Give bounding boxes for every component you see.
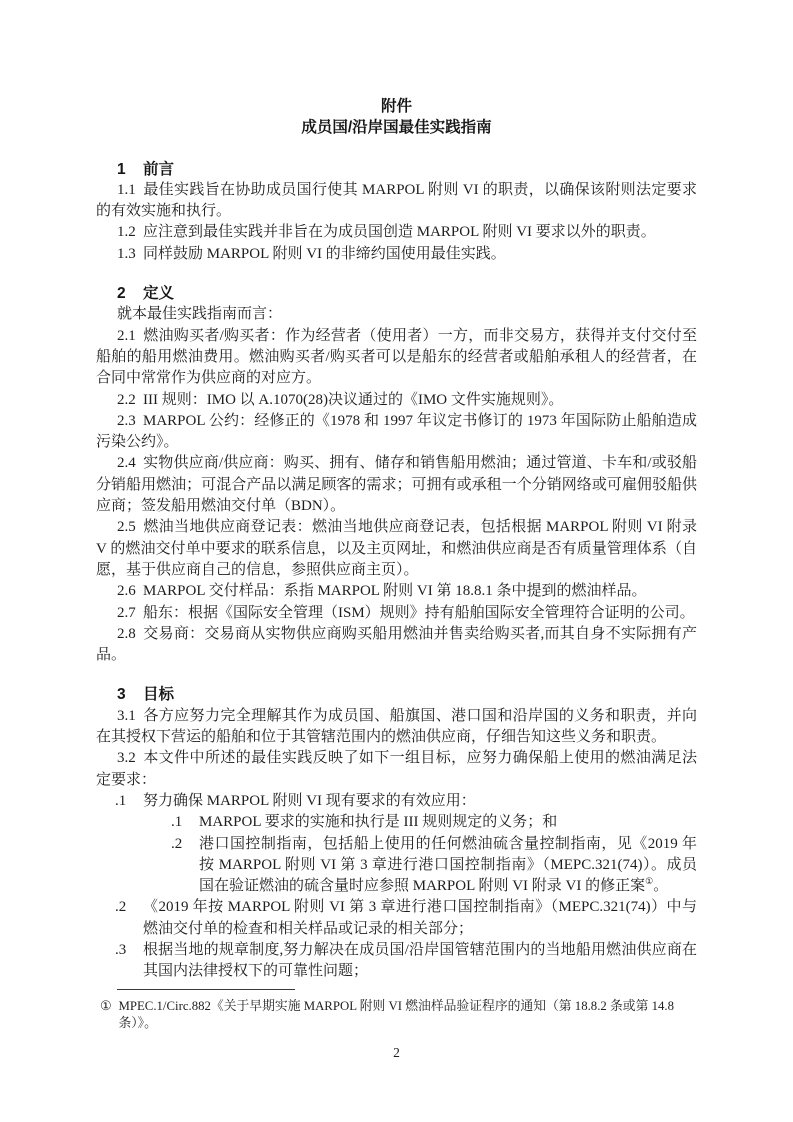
document-page: 附件 成员国/沿岸国最佳实践指南 1前言 1.1最佳实践旨在协助成员国行使其 M… — [0, 0, 793, 1122]
list-item-text: 港口国控制指南，包括船上使用的任何燃油硫含量控制指南，见《2019 年按 MAR… — [199, 834, 697, 898]
attachment-label: 附件 — [96, 96, 697, 117]
list-marker: .1 — [171, 812, 199, 833]
para-number: 2.8 — [117, 624, 143, 645]
para-number: 3.2 — [117, 748, 143, 769]
para-2-5: 2.5燃油当地供应商登记表：燃油当地供应商登记表，包括根据 MARPOL 附则 … — [96, 517, 697, 581]
para-2-1: 2.1燃油购买者/购买者：作为经营者（使用者）一方，而非交易方，获得并支付交付至… — [96, 326, 697, 390]
para-text: 燃油当地供应商登记表：燃油当地供应商登记表，包括根据 MARPOL 附则 VI … — [96, 519, 697, 578]
section-2-number: 2 — [117, 283, 143, 304]
para-text: 各方应努力完全理解其作为成员国、船旗国、港口国和沿岸国的义务和职责，并向在其授权… — [96, 708, 697, 745]
para-1-2: 1.2应注意到最佳实践并非旨在为成员国创造 MARPOL 附则 VI 要求以外的… — [96, 222, 697, 243]
para-text: 船东：根据《国际安全管理（ISM）规则》持有船舶国际安全管理符合证明的公司。 — [143, 605, 695, 621]
section-1-heading: 1前言 — [117, 159, 697, 180]
list-marker: .1 — [115, 791, 143, 812]
para-1-3: 1.3同样鼓励 MARPOL 附则 VI 的非缔约国使用最佳实践。 — [96, 244, 697, 265]
para-2-7: 2.7船东：根据《国际安全管理（ISM）规则》持有船舶国际安全管理符合证明的公司… — [96, 603, 697, 624]
footnote-divider — [117, 989, 295, 990]
list-item-1-2: .2港口国控制指南，包括船上使用的任何燃油硫含量控制指南，见《2019 年按 M… — [171, 834, 697, 898]
para-2-2: 2.2III 规则：IMO 以 A.1070(28)决议通过的《IMO 文件实施… — [96, 390, 697, 411]
list-item-text: 根据当地的规章制度,努力解决在成员国/沿岸国管辖范围内的当地船用燃油供应商在其国… — [143, 940, 697, 983]
footnote: ①MPEC.1/Circ.882《关于早期实施 MARPOL 附则 VI 燃油样… — [100, 998, 697, 1032]
list-marker: .3 — [115, 940, 143, 983]
para-number: 2.4 — [117, 453, 143, 474]
para-text: MARPOL 公约：经修正的《1978 和 1997 年议定书修订的 1973 … — [96, 413, 697, 450]
para-number: 2.6 — [117, 581, 143, 602]
para-number: 2.5 — [117, 517, 143, 538]
para-number: 1.1 — [117, 180, 143, 201]
list-marker: .2 — [171, 834, 199, 898]
document-content: 附件 成员国/沿岸国最佳实践指南 1前言 1.1最佳实践旨在协助成员国行使其 M… — [96, 96, 697, 1061]
para-2-8: 2.8交易商：交易商从实物供应商购买船用燃油并售卖给购买者,而其自身不实际拥有产… — [96, 624, 697, 667]
para-number: 3.1 — [117, 706, 143, 727]
footnote-marker: ① — [100, 998, 111, 1032]
list-item-1-1: .1MARPOL 要求的实施和执行是 III 规则规定的义务；和 — [171, 812, 697, 833]
para-number: 2.3 — [117, 411, 143, 432]
para-number: 1.3 — [117, 244, 143, 265]
section-3-heading: 3目标 — [117, 684, 697, 705]
document-title: 成员国/沿岸国最佳实践指南 — [96, 117, 697, 138]
section-3-title: 目标 — [143, 686, 174, 703]
list-item-text: 《2019 年按 MARPOL 附则 VI 第 3 章进行港口国控制指南》（ME… — [143, 897, 697, 940]
list-item-3: .3根据当地的规章制度,努力解决在成员国/沿岸国管辖范围内的当地船用燃油供应商在… — [115, 940, 697, 983]
para-text: 实物供应商/供应商：购买、拥有、储存和销售船用燃油；通过管道、卡车和/或驳船分销… — [96, 455, 697, 514]
para-text: 燃油购买者/购买者：作为经营者（使用者）一方，而非交易方，获得并支付交付至船舶的… — [96, 328, 697, 387]
para-3-1: 3.1各方应努力完全理解其作为成员国、船旗国、港口国和沿岸国的义务和职责，并向在… — [96, 706, 697, 749]
list-item-text-body: 港口国控制指南，包括船上使用的任何燃油硫含量控制指南，见《2019 年按 MAR… — [199, 836, 697, 895]
section-2-intro: 就本最佳实践指南而言： — [96, 304, 697, 325]
list-marker: .2 — [115, 897, 143, 940]
section-2-title: 定义 — [143, 285, 174, 302]
para-3-2: 3.2本文件中所述的最佳实践反映了如下一组目标，应努力确保船上使用的燃油满足法定… — [96, 748, 697, 791]
para-2-3: 2.3MARPOL 公约：经修正的《1978 和 1997 年议定书修订的 19… — [96, 411, 697, 454]
section-1-number: 1 — [117, 159, 143, 180]
list-item-text-tail: 。 — [653, 878, 668, 894]
footnote-ref: ① — [645, 876, 653, 886]
para-1-1: 1.1最佳实践旨在协助成员国行使其 MARPOL 附则 VI 的职责，以确保该附… — [96, 180, 697, 223]
para-text: MARPOL 交付样品：系指 MARPOL 附则 VI 第 18.8.1 条中提… — [143, 583, 647, 599]
para-number: 1.2 — [117, 222, 143, 243]
para-2-4: 2.4实物供应商/供应商：购买、拥有、储存和销售船用燃油；通过管道、卡车和/或驳… — [96, 453, 697, 517]
para-text: 本文件中所述的最佳实践反映了如下一组目标，应努力确保船上使用的燃油满足法定要求： — [96, 750, 697, 787]
footnote-text: MPEC.1/Circ.882《关于早期实施 MARPOL 附则 VI 燃油样品… — [118, 998, 697, 1032]
para-text: 同样鼓励 MARPOL 附则 VI 的非缔约国使用最佳实践。 — [143, 246, 506, 262]
para-number: 2.1 — [117, 326, 143, 347]
list-item-text: 努力确保 MARPOL 附则 VI 现有要求的有效应用： — [143, 791, 697, 812]
section-3-number: 3 — [117, 684, 143, 705]
section-1-title: 前言 — [143, 161, 174, 178]
para-text: 交易商：交易商从实物供应商购买船用燃油并售卖给购买者,而其自身不实际拥有产品。 — [96, 626, 697, 663]
list-item-1: .1努力确保 MARPOL 附则 VI 现有要求的有效应用： — [115, 791, 697, 812]
para-number: 2.7 — [117, 603, 143, 624]
para-number: 2.2 — [117, 390, 143, 411]
para-text: 应注意到最佳实践并非旨在为成员国创造 MARPOL 附则 VI 要求以外的职责。 — [143, 224, 656, 240]
page-number: 2 — [96, 1044, 697, 1061]
para-text: III 规则：IMO 以 A.1070(28)决议通过的《IMO 文件实施规则》… — [143, 392, 563, 408]
para-text: 最佳实践旨在协助成员国行使其 MARPOL 附则 VI 的职责，以确保该附则法定… — [96, 182, 697, 219]
section-2-heading: 2定义 — [117, 283, 697, 304]
para-2-6: 2.6MARPOL 交付样品：系指 MARPOL 附则 VI 第 18.8.1 … — [96, 581, 697, 602]
list-item-text: MARPOL 要求的实施和执行是 III 规则规定的义务；和 — [199, 812, 697, 833]
list-item-2: .2《2019 年按 MARPOL 附则 VI 第 3 章进行港口国控制指南》（… — [115, 897, 697, 940]
